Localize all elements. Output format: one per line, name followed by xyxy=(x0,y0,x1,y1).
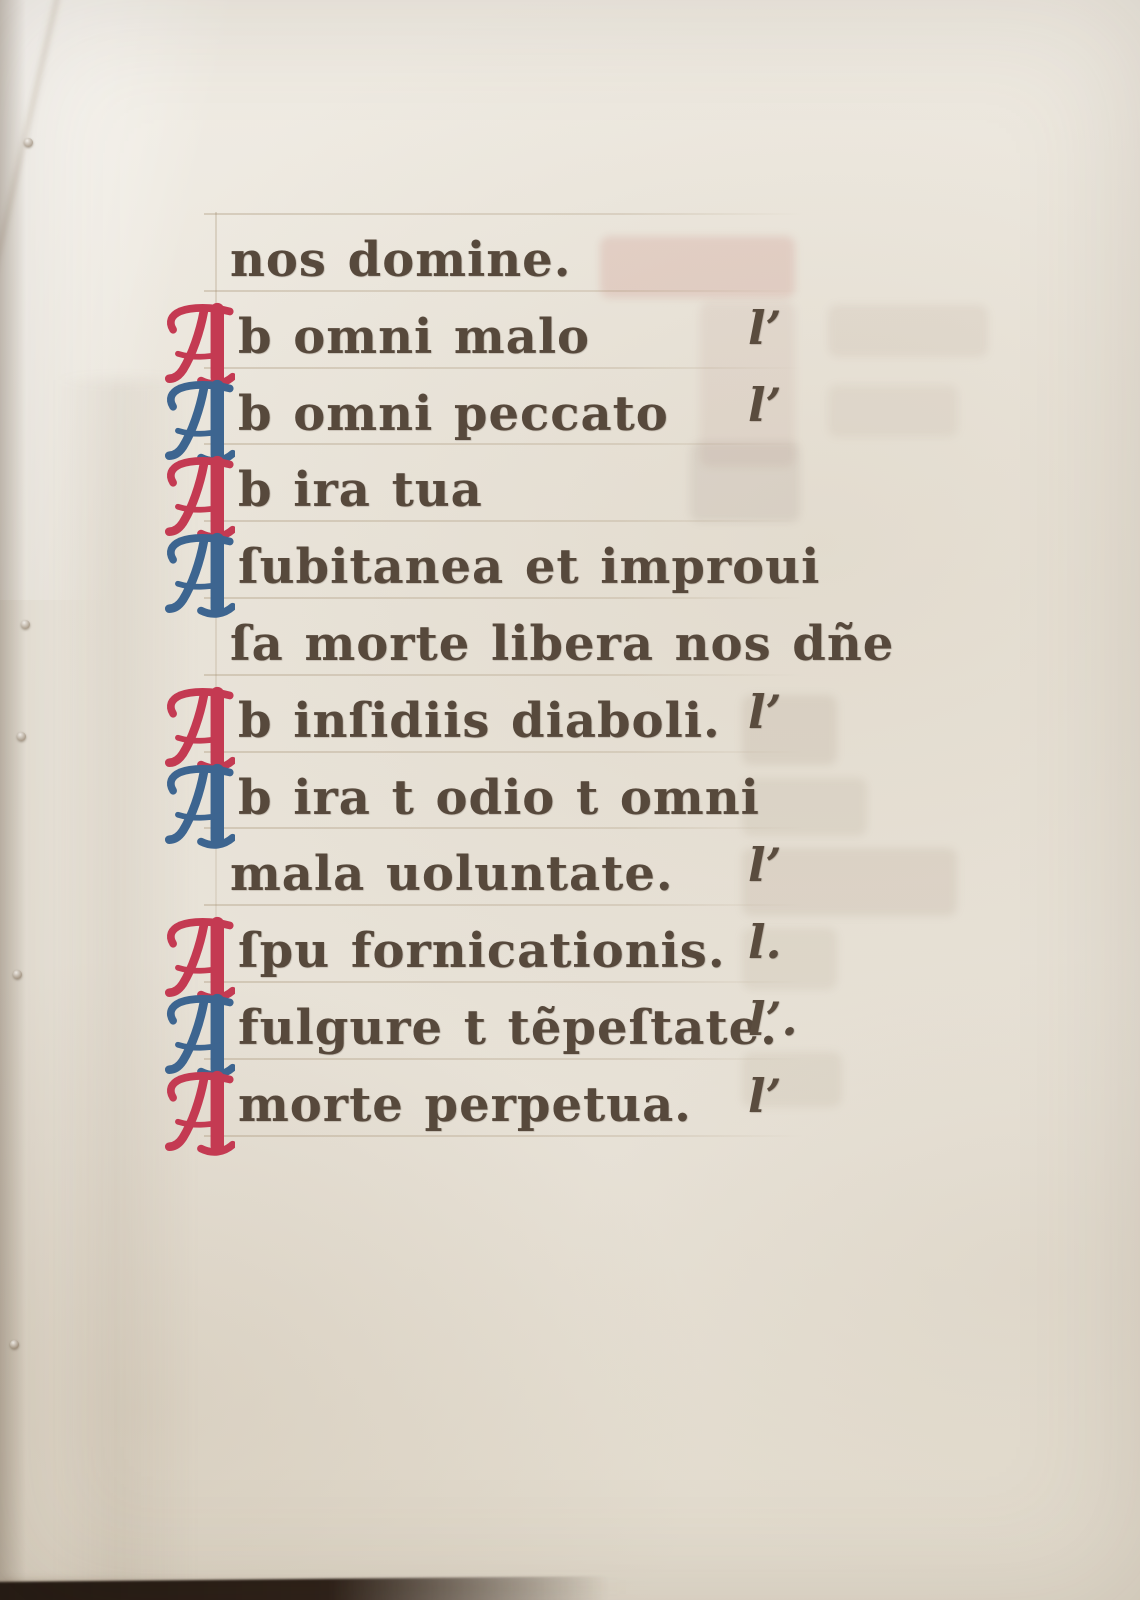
line-text: ſubitanea et improui xyxy=(238,539,820,595)
manuscript-leaf: nos domine. b omni malo l’ b omni peccat… xyxy=(0,0,1140,1600)
response-mark: l. xyxy=(748,915,782,969)
response-mark: l’ xyxy=(748,378,782,432)
response-mark: l’ xyxy=(748,301,782,355)
line-text: ſa morte libera nos dñe xyxy=(230,616,894,672)
text-line: morte perpetua. l’ xyxy=(0,1077,1140,1157)
response-mark: l’. xyxy=(748,992,798,1046)
versal-initial-blue-A-icon xyxy=(165,529,235,625)
line-text: ſpu fornicationis. xyxy=(238,923,726,979)
response-mark: l’ xyxy=(748,1069,782,1123)
line-text: b inſidiis diaboli. xyxy=(238,693,721,749)
line-text: b ira t odio t omni xyxy=(238,770,760,826)
line-text: nos domine. xyxy=(230,232,571,288)
text-line: b ira t odio t omni xyxy=(0,770,1140,850)
text-line: ſubitanea et improui xyxy=(0,539,1140,619)
versal-initial-red-A-icon xyxy=(165,1067,235,1163)
versal-initial-blue-A-icon xyxy=(165,760,235,856)
line-text: b omni peccato xyxy=(238,386,669,442)
manuscript-photo: nos domine. b omni malo l’ b omni peccat… xyxy=(0,0,1140,1600)
line-text: mala uoluntate. xyxy=(230,846,674,902)
line-text: morte perpetua. xyxy=(238,1077,692,1133)
response-mark: l’ xyxy=(748,838,782,892)
response-mark: l’ xyxy=(748,685,782,739)
line-text: b ira tua xyxy=(238,462,483,518)
text-block: nos domine. b omni malo l’ b omni peccat… xyxy=(0,0,1140,1600)
line-text: fulgure t tẽpeſtate. xyxy=(238,1000,778,1056)
line-text: b omni malo xyxy=(238,309,590,365)
